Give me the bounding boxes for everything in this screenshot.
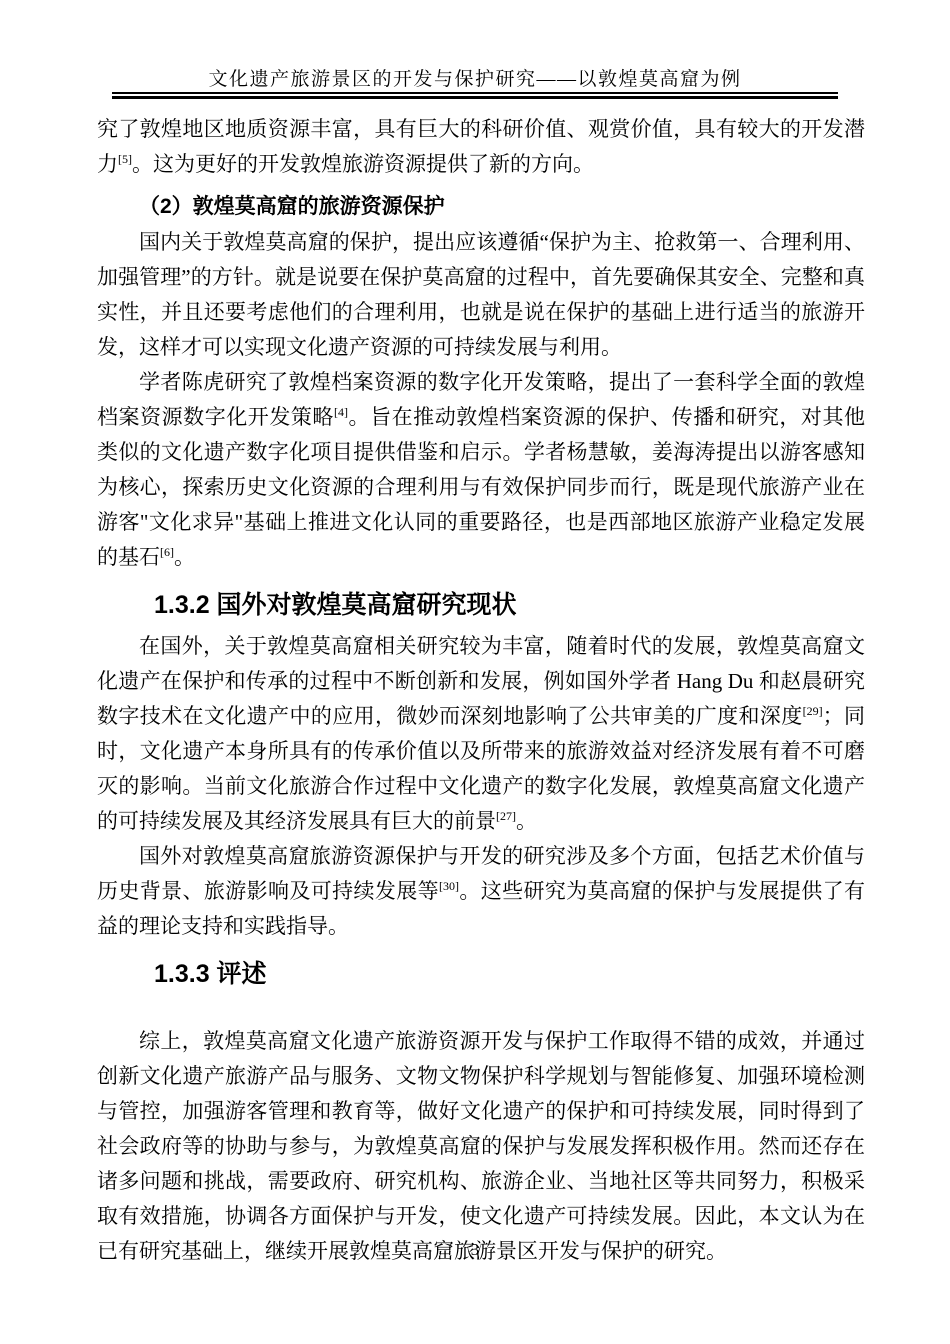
citation-reference: [30] bbox=[439, 879, 459, 893]
citation-reference: [5] bbox=[118, 152, 132, 166]
paragraph: 在国外，关于敦煌莫高窟相关研究较为丰富，随着时代的发展，敦煌莫高窟文化遗产在保护… bbox=[97, 629, 865, 839]
document-page: 文化遗产旅游景区的开发与保护研究——以敦煌莫高窟为例 究了敦煌地区地质资源丰富，… bbox=[0, 0, 950, 1344]
citation-reference: [6] bbox=[160, 545, 174, 559]
citation-reference: [27] bbox=[496, 809, 516, 823]
paragraph: 学者陈虎研究了敦煌档案资源的数字化开发策略，提出了一套科学全面的敦煌档案资源数字… bbox=[97, 365, 865, 575]
page-header-title: 文化遗产旅游景区的开发与保护研究——以敦煌莫高窟为例 bbox=[112, 64, 838, 91]
document-body: 究了敦煌地区地质资源丰富，具有巨大的科研价值、观赏价值，具有较大的开发潜力[5]… bbox=[97, 112, 865, 1269]
paragraph: 究了敦煌地区地质资源丰富，具有巨大的科研价值、观赏价值，具有较大的开发潜力[5]… bbox=[97, 112, 865, 182]
paragraph: 综上，敦煌莫高窟文化遗产旅游资源开发与保护工作取得不错的成效，并通过创新文化遗产… bbox=[97, 1024, 865, 1269]
header-rule bbox=[112, 92, 838, 99]
sub-section-heading: （2）敦煌莫高窟的旅游资源保护 bbox=[97, 189, 865, 224]
citation-reference: [29] bbox=[803, 704, 823, 718]
citation-reference: [4] bbox=[334, 405, 348, 419]
header-rule-thick-line bbox=[112, 96, 838, 99]
section-heading: 1.3.3 评述 bbox=[97, 957, 865, 992]
paragraph: 国外对敦煌莫高窟旅游资源保护与开发的研究涉及多个方面，包括艺术价值与历史背景、旅… bbox=[97, 839, 865, 944]
page-number: 3 bbox=[0, 1240, 950, 1260]
section-heading: 1.3.2 国外对敦煌莫高窟研究现状 bbox=[97, 588, 865, 623]
paragraph: 国内关于敦煌莫高窟的保护，提出应该遵循“保护为主、抢救第一、合理利用、加强管理”… bbox=[97, 225, 865, 365]
